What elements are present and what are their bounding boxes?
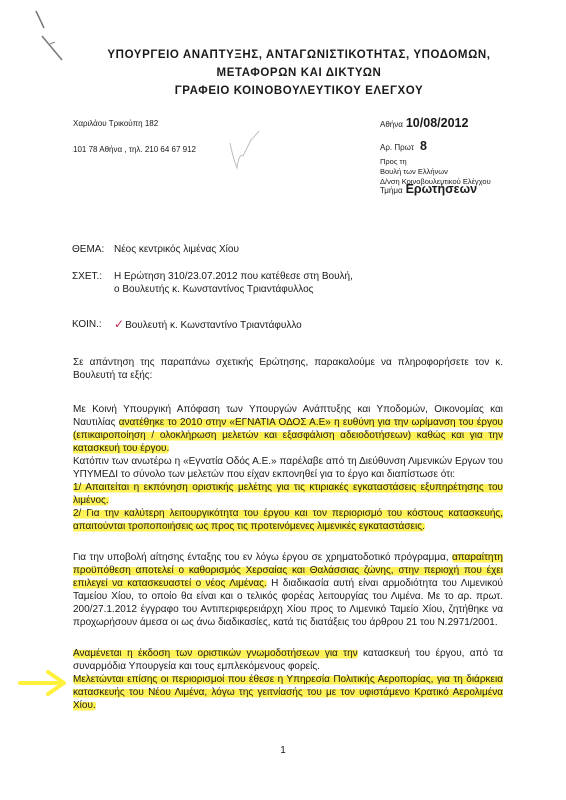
p2-item-1: 1/ Απαιτείται η εκπόνηση οριστικής μελέτ… (73, 482, 503, 506)
ministry-header: ΥΠΟΥΡΓΕΙΟ ΑΝΑΠΤΥΞΗΣ, ΑΝΤΑΓΩΝΙΣΤΙΚΟΤΗΤΑΣ,… (0, 46, 566, 100)
p4-highlight: Αναμένεται η έκδοση των οριστικών γνωμοδ… (73, 648, 358, 659)
p2-item-2: 2/ Για την καλύτερη λειτουργικότητα του … (73, 508, 503, 532)
reference-label: ΣΧΕΤ.: (72, 270, 114, 283)
date-value: 10/08/2012 (406, 116, 469, 130)
date-label: Αθήνα (380, 120, 403, 129)
protocol-row: Αρ. Πρωτ8 (380, 139, 427, 153)
sender-address: Χαριλάου Τρικούπη 182 (73, 119, 158, 128)
cc-label: ΚΟΙΝ.: (72, 318, 114, 331)
paragraph-4: Αναμένεται η έκδοση των οριστικών γνωμοδ… (73, 647, 503, 712)
paragraph-1: Με Κοινή Υπουργική Απόφαση των Υπουργών … (73, 403, 503, 455)
page-number: 1 (0, 745, 566, 756)
reference-line-2: ο Βουλευτής κ. Κωνσταντίνος Τριαντάφυλλο… (114, 284, 313, 295)
department-row: ΤμήμαΕρωτήσεων (380, 182, 477, 196)
date-row: Αθήνα10/08/2012 (380, 116, 468, 130)
signature-mark (225, 128, 265, 173)
sender-city-phone: 101 78 Αθήνα , τηλ. 210 64 67 912 (73, 145, 196, 154)
protocol-number: 8 (420, 139, 427, 153)
arrow-mark-icon (18, 668, 68, 698)
subject-text: Νέος κεντρικός λιμένας Χίου (114, 243, 239, 256)
department-value: Ερωτήσεων (406, 182, 478, 196)
subject-row: ΘΕΜΑ:Νέος κεντρικός λιμένας Χίου (72, 243, 239, 256)
subject-label: ΘΕΜΑ: (72, 243, 114, 256)
reference-row: ΣΧΕΤ.:Η Ερώτηση 310/23.07.2012 που κατέθ… (72, 270, 353, 296)
cc-text: Βουλευτή κ. Κωνσταντίνο Τριαντάφυλλο (125, 320, 302, 331)
p1-highlight: ανατέθηκε το 2010 στην «ΕΓΝΑΤΙΑ ΟΔΟΣ Α.Ε… (73, 417, 503, 454)
p3-text-a: Για την υποβολή αίτησης ένταξης του εν λ… (73, 552, 452, 563)
reference-line-1: Η Ερώτηση 310/23.07.2012 που κατέθεσε στ… (114, 271, 353, 282)
protocol-label: Αρ. Πρωτ (380, 143, 414, 152)
department-label: Τμήμα (380, 186, 403, 195)
cc-row: ΚΟΙΝ.:✓Βουλευτή κ. Κωνσταντίνο Τριαντάφυ… (72, 318, 302, 332)
paragraph-3: Για την υποβολή αίτησης ένταξης του εν λ… (73, 551, 503, 629)
header-line-3: ΓΡΑΦΕΙΟ ΚΟΙΝΟΒΟΥΛΕΥΤΙΚΟΥ ΕΛΕΓΧΟΥ (0, 82, 566, 100)
intro-paragraph: Σε απάντηση της παραπάνω σχετικής Ερώτησ… (73, 356, 503, 382)
p2-text: Κατόπιν των ανωτέρω η «Εγνατία Οδός Α.Ε.… (73, 455, 503, 481)
header-line-2: ΜΕΤΑΦΟΡΩΝ ΚΑΙ ΔΙΚΤΥΩΝ (0, 64, 566, 82)
header-line-1: ΥΠΟΥΡΓΕΙΟ ΑΝΑΠΤΥΞΗΣ, ΑΝΤΑΓΩΝΙΣΤΙΚΟΤΗΤΑΣ,… (0, 46, 566, 64)
p5-highlight: Μελετώνται επίσης οι περιορισμοί που έθε… (73, 674, 503, 711)
recipient-line-1: Προς τη (380, 157, 491, 167)
recipient-line-2: Βουλή των Ελλήνων (380, 167, 491, 177)
paragraph-2: Κατόπιν των ανωτέρω η «Εγνατία Οδός Α.Ε.… (73, 455, 503, 533)
checkmark-icon: ✓ (114, 318, 124, 331)
